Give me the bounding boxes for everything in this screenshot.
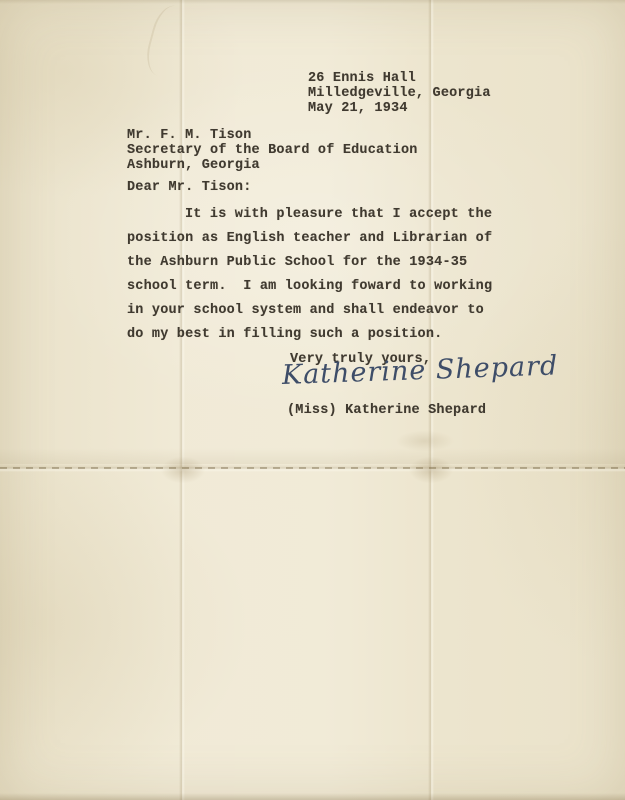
fold-intersection-shadow-left <box>160 456 206 484</box>
wrinkle-shadow <box>395 430 455 452</box>
recipient-city: Ashburn, Georgia <box>127 158 418 173</box>
corner-wrinkle-crease <box>141 2 200 82</box>
paper-top-edge <box>0 0 625 4</box>
recipient-address-block: Mr. F. M. Tison Secretary of the Board o… <box>127 128 418 173</box>
body-line-4: school term. I am looking foward to work… <box>127 275 492 299</box>
vertical-fold-crease-right <box>428 0 434 800</box>
typed-signature-name: (Miss) Katherine Shepard <box>287 403 486 418</box>
recipient-name: Mr. F. M. Tison <box>127 128 418 143</box>
body-line-2: position as English teacher and Libraria… <box>127 227 492 251</box>
horizontal-fold-crease <box>0 464 625 472</box>
vertical-fold-crease-left <box>179 0 185 800</box>
sender-address-block: 26 Ennis Hall Milledgeville, Georgia May… <box>308 71 491 116</box>
scanned-letter-page: 26 Ennis Hall Milledgeville, Georgia May… <box>0 0 625 800</box>
fold-intersection-shadow-right <box>408 456 454 484</box>
sender-address-line: 26 Ennis Hall <box>308 71 491 86</box>
body-line-1: It is with pleasure that I accept the <box>127 203 492 227</box>
body-line-5: in your school system and shall endeavor… <box>127 299 492 323</box>
salutation: Dear Mr. Tison: <box>127 180 252 195</box>
letter-date: May 21, 1934 <box>308 101 491 116</box>
sender-city-line: Milledgeville, Georgia <box>308 86 491 101</box>
letter-body-paragraph: It is with pleasure that I accept the po… <box>127 203 492 347</box>
recipient-title: Secretary of the Board of Education <box>127 143 418 158</box>
paper-bottom-edge <box>0 793 625 800</box>
body-line-3: the Ashburn Public School for the 1934-3… <box>127 251 492 275</box>
body-line-6: do my best in filling such a position. <box>127 323 492 347</box>
